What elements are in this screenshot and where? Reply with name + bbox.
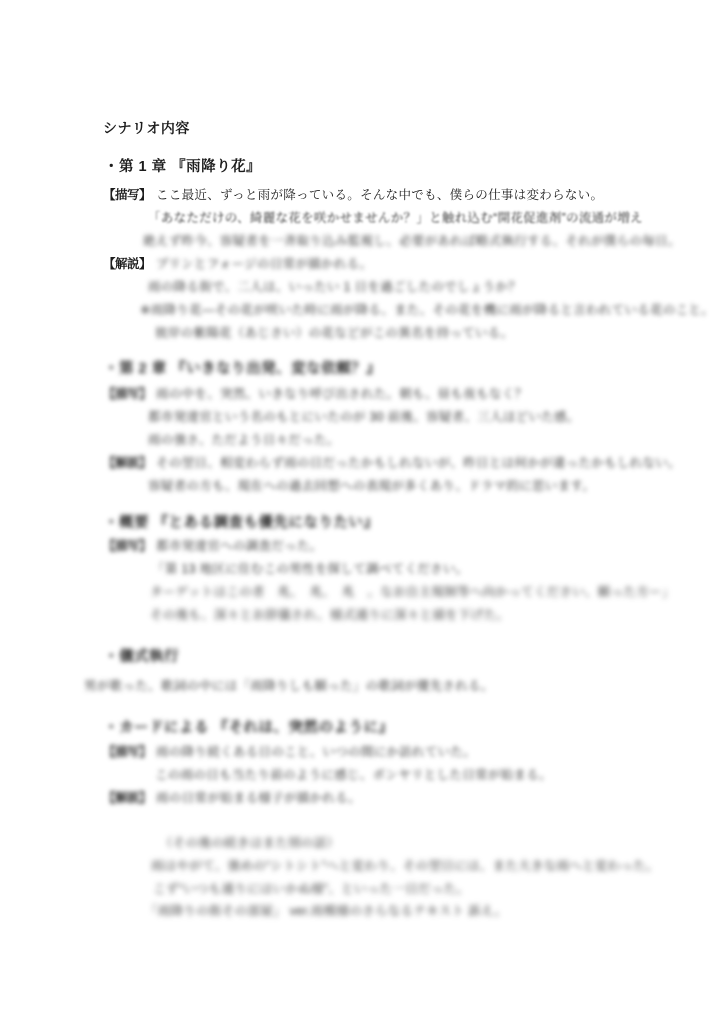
document-title: シナリオ内容 [103,121,190,136]
ending-line: （その後の続きはまた別の話） [160,836,339,851]
commentary-label: 【解説】 [103,257,151,272]
chapter5-body-line: この雨の日も当たり前のように感じ、ボンヤリとした日常が始まる。 [155,768,552,783]
chapter2-heading: ・第 2 章 『いきなり出発、変な依頼？』 [104,362,381,377]
ending-line: 雨はやがて、強めの“シトシト”へと変わり、その翌日には、また大きな雨へと変わった… [151,859,659,874]
ending-line: こず“いつも通りにはいかぬ様”、といった一日だった。 [153,882,469,897]
chapter2-commentary-row: 【解説】 その翌日、相変わらず雨の日だったかもしれないが、昨日とは何かが違ったか… [103,456,681,471]
commentary-label: 【解説】 [103,456,151,471]
description-label: 【描写】 [103,188,151,203]
chapter1-commentary-row: 【解説】 プリンとフォージの日常が描かれる。 [103,257,372,272]
chapter1-footnote-line: ※雨降り花―その花が咲いた時に雨が降る、また、その花を機に雨が降ると言われている… [140,303,714,318]
chapter1-body-line: 「あなただけの、綺麗な花を咲かせませんか？」と触れ込む“開花促進剤”の流通が増え [148,211,643,226]
chapter5-heading: ・カードによる 『それは、突然のように』 [104,721,394,736]
description-text: ここ最近、ずっと雨が降っている。そんな中でも、僕らの仕事は変わらない。 [156,188,603,203]
commentary-text: 雨の日常が始まる様子が描かれる。 [156,791,361,806]
chapter1-body-line: 雨の降る街で、二人は、いったい 1 日を過ごしたのでしょうか？ [148,280,521,295]
chapter1-body-line: 絶えず昨今、容疑者を一斉取り込み監視し、必要があれば略式執行する、それが僕らの毎… [143,234,681,249]
chapter1-footnote-line: 彼岸の紫陽花（あじさい）の花などがこの異名を持っている。 [155,326,513,341]
chapter3-body-line: その後も、深々とお辞儀され、様式通りに深々と頭を下げた。 [150,608,509,623]
document-page: シナリオ内容 ・第 1 章 『雨降り花』 【描写】 ここ最近、ずっと雨が降ってい… [0,0,725,1024]
commentary-label: 【解説】 [103,791,151,806]
commentary-text: その翌日、相変わらず雨の日だったかもしれないが、昨日とは何かが違ったかもしれない… [156,456,681,471]
ending-line: 「雨降りの街その部屋」 ver.雨模様のさらなるテキスト 訴え。 [145,904,507,919]
chapter2-body-line: 都市発達官という名のもとにいたのが 30 前後、容疑者、三人ほどいた感。 [148,410,580,425]
chapter3-heading: ・概要 『とある調査も優先になりたい』 [104,516,379,531]
ritual-section-heading: ・儀式執行 [104,650,179,665]
chapter1-heading: ・第 1 章 『雨降り花』 [104,160,261,175]
description-label: 【描写】 [103,387,151,402]
commentary-text: プリンとフォージの日常が描かれる。 [156,257,372,272]
description-label: 【描写】 [103,539,151,554]
ritual-section-body: 男が歌った、歌詞の中には「雨降りしも願った」の歌詞が優先される。 [84,679,494,694]
chapter3-body-line: ターゲットはこの者 兆、 兆、 兆 。なお自主規制等へ向かってください、願った方… [150,585,675,600]
chapter3-body-line: 「第 13 地区に住むこの男性を探して調べてください。 [152,562,468,577]
chapter2-body-line: 容疑者の方も、現在への過去回想への表現が多くあり、ドラマ的に思います。 [148,479,595,494]
description-label: 【描写】 [103,745,151,760]
chapter5-description-row: 【描写】 雨の降り続くある日のこと、いつの間にか訪れていた。 [103,745,476,760]
chapter3-description-row: 【描写】 都市発達官への調査だった。 [103,539,322,554]
chapter5-commentary-row: 【解説】 雨の日常が始まる様子が描かれる。 [103,791,361,806]
chapter2-description-row: 【描写】 雨の中を、突然、いきなり呼び出された。朝も、昼も夜もなく？ [103,387,527,402]
chapter1-description-row: 【描写】 ここ最近、ずっと雨が降っている。そんな中でも、僕らの仕事は変わらない。 [103,188,603,203]
description-text: 雨の中を、突然、いきなり呼び出された。朝も、昼も夜もなく？ [156,387,527,402]
chapter2-body-line: 雨の強さ、ただよう日々だった。 [148,433,340,448]
description-text: 雨の降り続くある日のこと、いつの間にか訪れていた。 [156,745,476,760]
description-text: 都市発達官への調査だった。 [156,539,322,554]
